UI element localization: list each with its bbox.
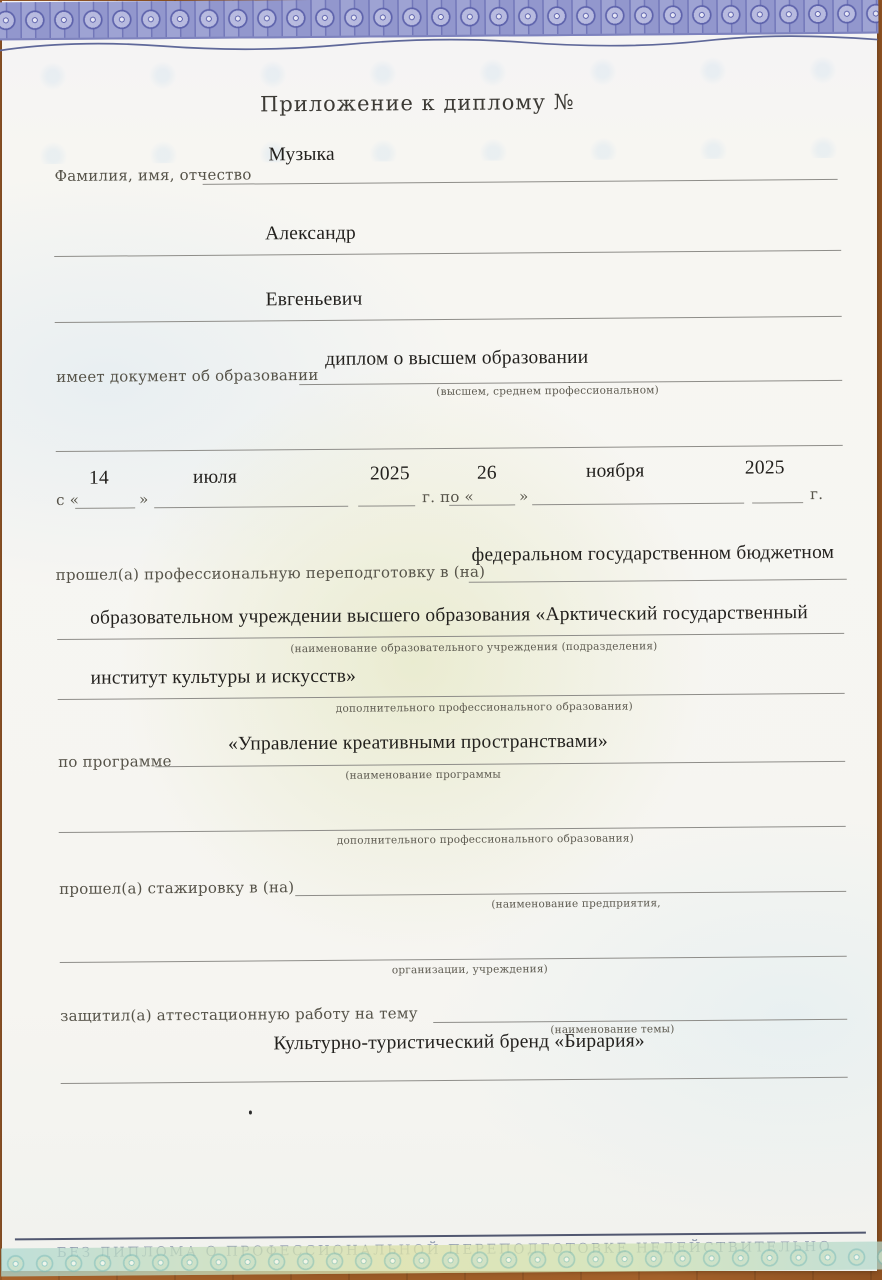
retraining-value-line1: федеральном государственном бюджетном <box>471 542 834 567</box>
to-month-value: ноября <box>586 460 645 482</box>
retraining-line-3 <box>58 693 845 700</box>
from-year-line <box>358 505 415 506</box>
diploma-supplement-page: Приложение к диплому № Музыка Фамилия, и… <box>2 1 877 1271</box>
to-year-line <box>752 502 803 503</box>
education-document-hint: (высшем, среднем профессиональном) <box>436 384 659 398</box>
period-from-prefix: с « <box>56 491 79 509</box>
surname-value: Музыка <box>268 144 335 167</box>
page-title: Приложение к диплому № <box>260 90 575 116</box>
photo-background: Приложение к диплому № Музыка Фамилия, и… <box>0 0 882 1280</box>
thesis-value: Культурно-туристический бренд «Бирария» <box>273 1030 645 1055</box>
to-year-value: 2025 <box>745 457 785 479</box>
first-name-line <box>54 250 841 257</box>
internship-hint-line2: организации, учреждения) <box>392 963 548 976</box>
from-month-line <box>154 506 348 509</box>
program-label: по программе <box>58 752 172 771</box>
from-month-value: июля <box>193 467 237 489</box>
from-day-value: 14 <box>89 468 109 490</box>
thesis-line-1 <box>433 1019 847 1023</box>
internship-label: прошел(а) стажировку в (на) <box>59 878 294 898</box>
fio-label: Фамилия, имя, отчество <box>55 165 252 185</box>
ink-speck <box>249 1110 252 1114</box>
to-day-value: 26 <box>477 463 497 485</box>
thesis-line-2 <box>61 1077 848 1084</box>
page-content: Приложение к диплому № Музыка Фамилия, и… <box>0 0 882 1274</box>
thesis-label: защитил(а) аттестационную работу на тему <box>60 1004 418 1025</box>
to-day-line <box>449 504 515 506</box>
to-day-quote: » <box>519 487 529 505</box>
guilloche-bottom-border <box>1 1241 882 1276</box>
patronymic-line <box>55 316 842 323</box>
institution-hint-line2: дополнительного профессионального образо… <box>336 700 633 714</box>
program-line-2 <box>59 826 846 833</box>
retraining-line-1 <box>469 579 847 583</box>
institution-hint-line1: (наименование образовательного учреждени… <box>290 640 657 655</box>
program-hint-line1: (наименование программы <box>345 769 501 782</box>
internship-line-1 <box>295 891 846 896</box>
program-hint-line2: дополнительного профессионального образо… <box>337 832 634 846</box>
to-month-line <box>532 503 744 506</box>
from-day-line <box>75 507 135 508</box>
patronymic-value: Евгеньевич <box>265 289 362 312</box>
first-name-value: Александр <box>265 223 356 246</box>
from-year-value: 2025 <box>370 463 410 485</box>
education-document-value: диплом о высшем образовании <box>325 347 588 371</box>
empty-line-1 <box>56 445 843 452</box>
internship-line-2 <box>60 956 847 963</box>
retraining-value-line2: образовательном учреждении высшего образ… <box>90 602 808 630</box>
retraining-label: прошел(а) профессиональную переподготовк… <box>56 563 486 584</box>
program-value: «Управление креативными пространствами» <box>228 731 608 756</box>
retraining-line-2 <box>57 633 844 640</box>
surname-line <box>203 179 838 185</box>
period-to-prefix: г. по « <box>422 488 474 506</box>
from-day-quote: » <box>139 490 149 508</box>
internship-hint-line1: (наименование предприятия, <box>491 897 661 910</box>
retraining-value-line3: институт культуры и искусств» <box>90 666 356 690</box>
program-line-1 <box>155 761 845 767</box>
year-suffix: г. <box>810 485 823 503</box>
education-document-label: имеет документ об образовании <box>56 366 319 386</box>
